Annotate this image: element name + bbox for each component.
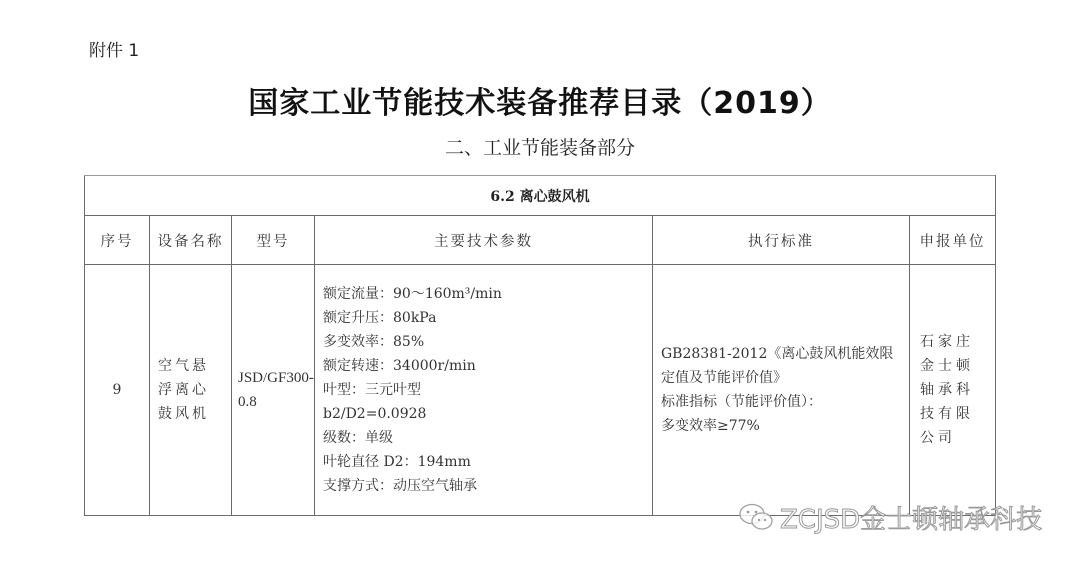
section-title: 6.2 离心鼓风机 <box>85 176 996 216</box>
wechat-icon <box>738 502 774 532</box>
param-line: 支撑方式：动压空气轴承 <box>323 474 644 498</box>
param-line: 额定升压：80kPa <box>323 306 644 330</box>
document-title: 国家工业节能技术装备推荐目录（2019） <box>0 78 1080 122</box>
column-header-unit: 申报单位 <box>910 216 996 265</box>
column-header-standard: 执行标准 <box>653 216 910 265</box>
equipment-catalog-table: 6.2 离心鼓风机 序号 设备名称 型号 主要技术参数 执行标准 申报单位 9 … <box>84 175 996 516</box>
cell-equipment-name: 空气悬浮离心鼓风机 <box>150 265 232 516</box>
column-header-params: 主要技术参数 <box>315 216 653 265</box>
watermark-text: ZCJSD金士顿轴承科技 <box>780 499 1042 536</box>
header-row: 序号 设备名称 型号 主要技术参数 执行标准 申报单位 <box>85 216 996 265</box>
param-line: 级数：单级 <box>323 426 644 450</box>
cell-applicant-unit: 石家庄金士顿轴承科技有限公司 <box>910 265 996 516</box>
cell-tech-params: 额定流量：90～160m³/min 额定升压：80kPa 多变效率：85% 额定… <box>315 265 653 516</box>
param-line: 多变效率：85% <box>323 330 644 354</box>
standard-line: GB28381-2012《离心鼓风机能效限 <box>661 342 901 366</box>
attachment-label: 附件 1 <box>89 36 139 61</box>
standard-line: 标准指标（节能评价值）： <box>661 390 901 414</box>
standard-line: 多变效率≥77% <box>661 414 901 438</box>
param-line: 额定流量：90～160m³/min <box>323 282 644 306</box>
watermark: ZCJSD金士顿轴承科技 <box>738 500 1042 534</box>
cell-no: 9 <box>85 265 150 516</box>
column-header-no: 序号 <box>85 216 150 265</box>
column-header-name: 设备名称 <box>150 216 232 265</box>
table-row: 9 空气悬浮离心鼓风机 JSD/GF300-0.8 额定流量：90～160m³/… <box>85 265 996 516</box>
section-row: 6.2 离心鼓风机 <box>85 176 996 216</box>
standard-line: 定值及节能评价值》 <box>661 366 901 390</box>
column-header-model: 型号 <box>232 216 315 265</box>
cell-model: JSD/GF300-0.8 <box>232 265 315 516</box>
param-line: 额定转速：34000r/min <box>323 354 644 378</box>
cell-standard: GB28381-2012《离心鼓风机能效限 定值及节能评价值》 标准指标（节能评… <box>653 265 910 516</box>
document-subtitle: 二、工业节能装备部分 <box>0 133 1080 160</box>
param-line: 叶型：三元叶型 <box>323 378 644 402</box>
param-line: b2/D2=0.0928 <box>323 402 644 426</box>
param-line: 叶轮直径 D2：194mm <box>323 450 644 474</box>
